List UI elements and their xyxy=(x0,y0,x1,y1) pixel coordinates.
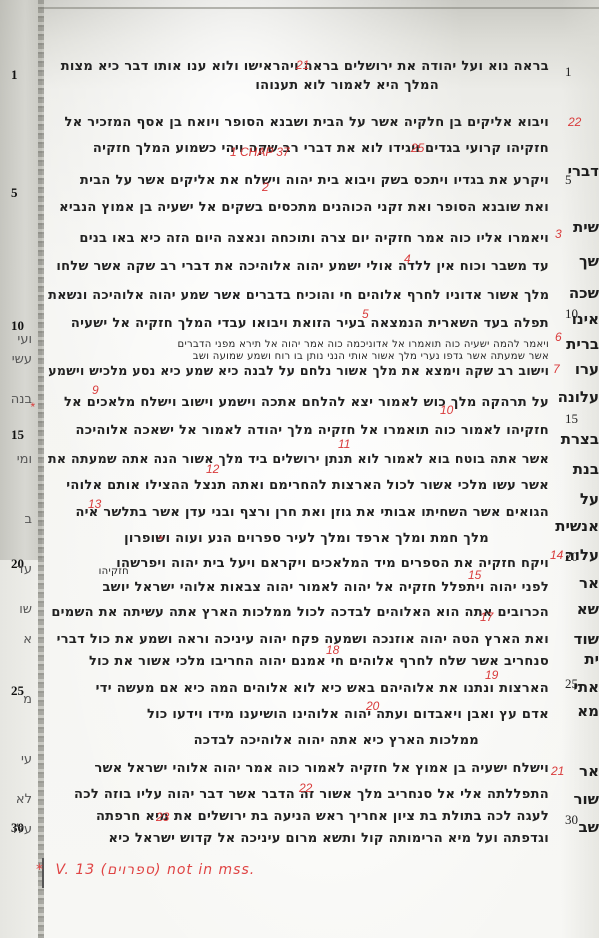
verse-number: 1 CHAP 37 xyxy=(230,145,290,159)
manuscript-line: ממלכות הארץ כיא אתה יהוה אלוהיכה לבדכה xyxy=(194,733,479,748)
verse-number: 25 xyxy=(411,141,424,155)
manuscript-line: אשר עשו מלכי אשור לכול הארצות להחרימם וא… xyxy=(66,478,549,493)
manuscript-line: ואת שובנא הסופר ואת זקני הכוהנים מתכסים … xyxy=(59,200,549,215)
line-number: 15 xyxy=(565,411,578,427)
manuscript-line: סנחריב אשר שלח לחרף אלוהים חי אמנם יהוה … xyxy=(89,654,549,669)
verse-number: 22 xyxy=(299,781,312,795)
verse-number: 21 xyxy=(551,764,564,778)
manuscript-line: וישוב רב שקה וימצא את מלך אשור נלחם על ל… xyxy=(48,364,549,379)
manuscript-line: על תרהקה מלך כוש לאמור יצא להלחם אתכה וי… xyxy=(64,395,549,410)
next-column-text: אינו xyxy=(572,310,599,328)
next-column-text: דברי xyxy=(568,162,599,180)
verse-number: * xyxy=(158,533,163,547)
next-column-text: שוד xyxy=(574,630,599,648)
verse-number: 11 xyxy=(338,437,350,451)
stitched-seam xyxy=(38,0,44,938)
verse-number: 3 xyxy=(555,227,562,241)
manuscript-line: הגואים אשר השחיתו אבותי את גוזן ואת חרן … xyxy=(75,505,549,520)
verse-number: 6 xyxy=(555,330,562,344)
manuscript-line: תפלה בעד השארית הנמצאה בעיר הזואת ויבואו… xyxy=(71,316,549,331)
manuscript-line: חזקיהו קרועי בגדים ויגידו לוא את דברי רב… xyxy=(93,141,549,156)
next-column-text: אנשית xyxy=(555,517,599,535)
manuscript-line: ויקרע את בגדיו ויתכס בשק ויבוא בית יהוה … xyxy=(80,173,549,188)
verse-number: 23 xyxy=(156,810,169,824)
next-column-text: שא xyxy=(577,600,599,618)
next-column-text: ברית xyxy=(566,335,599,353)
manuscript-line: וישלח ישעיה בן אמוץ אל חזקיה לאמור כוה א… xyxy=(94,761,549,776)
manuscript-line: ואת הארץ הטה יהוה אוזנכה ושמעה פקח יהוה … xyxy=(57,632,549,647)
verse-number: 21 xyxy=(296,58,309,72)
adjacent-column-text: עשי xyxy=(2,352,32,367)
next-column-text: ית xyxy=(584,650,599,668)
adjacent-column-text: ועי xyxy=(2,332,32,347)
verse-number: 15 xyxy=(468,568,481,582)
adjacent-column-text: ומי xyxy=(2,452,32,467)
note-star: * xyxy=(36,862,44,878)
adjacent-column-text: ב xyxy=(2,512,32,527)
next-column-text: בצרת xyxy=(561,430,599,448)
note-text: V. 13 (ספרוים) not in mss. xyxy=(55,862,255,878)
manuscript-line: ויאמרו אליו כוה אמר חזקיה יום צרה ותוכחה… xyxy=(79,231,549,246)
verse-number: 2 xyxy=(262,180,269,194)
manuscript-line: המלך היא לאמור לוא תענוהו xyxy=(255,78,439,93)
manuscript-line: הכרובים אתה הוא האלוהים לבדכה לכול ממלכו… xyxy=(51,605,549,620)
adjacent-column-text: שו xyxy=(2,602,32,617)
line-number: 15 xyxy=(11,427,24,443)
manuscript-line: ויקח חזקיה את הספרים מיד המלאכים ויקראם … xyxy=(116,556,549,571)
manuscript-line: ויאמר להמה ישעיה כוה תואמרו אל אדוניכמה … xyxy=(178,339,549,350)
line-number: 30 xyxy=(565,812,578,828)
verse-number: 22 xyxy=(568,115,581,129)
manuscript-line: לפני יהוה ויתפלל חזקיה אל יהוה לאמור יהו… xyxy=(102,580,549,595)
adjacent-column-text: בנה xyxy=(2,392,32,407)
verse-number: 18 xyxy=(326,643,339,657)
verse-number: 20 xyxy=(366,699,379,713)
manuscript-line: ויבוא אליקים בן חלקיה אשר על הבית ושבנא … xyxy=(65,115,549,130)
verse-number: 19 xyxy=(485,668,498,682)
next-column-text: ערו xyxy=(575,360,599,378)
verse-number: 13 xyxy=(88,497,101,511)
adjacent-column-text: עלו xyxy=(2,822,32,837)
verse-number: 9 xyxy=(92,383,99,397)
next-column-text: מא xyxy=(577,702,599,720)
margin-note: * V. 13 (ספרוים) not in mss. xyxy=(36,862,255,878)
adjacent-column-text: עד xyxy=(2,562,32,577)
verse-number: 4 xyxy=(404,252,411,266)
next-column-text: שכה xyxy=(569,284,599,302)
adjacent-column-text: לא xyxy=(2,792,32,807)
verse-number: 12 xyxy=(206,462,219,476)
adjacent-column-text: מ xyxy=(2,692,32,707)
line-number: 1 xyxy=(565,64,572,80)
verse-number: 10 xyxy=(440,403,453,417)
next-column-text: על xyxy=(580,490,599,508)
manuscript-line: אשר אתה בוטח בוא לאמור לוא תנתן ירושלים … xyxy=(48,452,549,467)
manuscript-line: וגדפתה ועל מיא הרימותה קול ותשא מרום עינ… xyxy=(109,831,549,846)
top-ruling-line xyxy=(40,7,599,9)
adjacent-column-text: א xyxy=(2,632,32,647)
next-column-text: שב xyxy=(578,818,599,836)
next-column-text: אר xyxy=(579,762,599,780)
manuscript-line: אשר שמעתה אשר גדפו נערי מלך אשור אותי הנ… xyxy=(193,351,549,362)
verse-number: 17 xyxy=(480,610,493,624)
manuscript-line: חזקיהו xyxy=(99,566,129,577)
manuscript-line: מלך אשור אדוניו לחרף אלוהים חי והוכיח בד… xyxy=(48,288,549,303)
verse-number: * xyxy=(30,400,35,414)
manuscript-line: אדם עץ ואבן ויאבדום ועתה יהוה אלוהינו הו… xyxy=(147,707,549,722)
next-column-text: אתי xyxy=(573,678,599,696)
next-column-text: עלונה xyxy=(558,388,599,406)
next-column-text: שית xyxy=(573,218,599,236)
manuscript-line: עד משבר וכוח אין ללדה אולי ישמע יהוה אלו… xyxy=(56,259,549,274)
next-column-text: שך xyxy=(579,252,599,270)
line-number: 1 xyxy=(11,67,18,83)
verse-number: 7 xyxy=(553,362,560,376)
next-column-text: שור xyxy=(573,790,599,808)
next-column-text: אר xyxy=(579,574,599,592)
next-column-text: בנת xyxy=(573,460,599,478)
verse-number: 14 xyxy=(550,548,563,562)
manuscript-line: הארצות ונתנו את אלוהיהם באש כיא לוא אלוה… xyxy=(96,681,549,696)
verse-number: 5 xyxy=(362,307,369,321)
line-number: 5 xyxy=(11,185,18,201)
manuscript-line: חזקיהו לאמור כוה תואמרו אל חזקיה מלך יהו… xyxy=(75,423,549,438)
manuscript-line: מלך חמת ומלך ארפד ומלך לעיר ספרוים הנע ו… xyxy=(124,531,489,546)
next-column-text: עלוה xyxy=(564,546,599,564)
adjacent-column-text: עי xyxy=(2,752,32,767)
